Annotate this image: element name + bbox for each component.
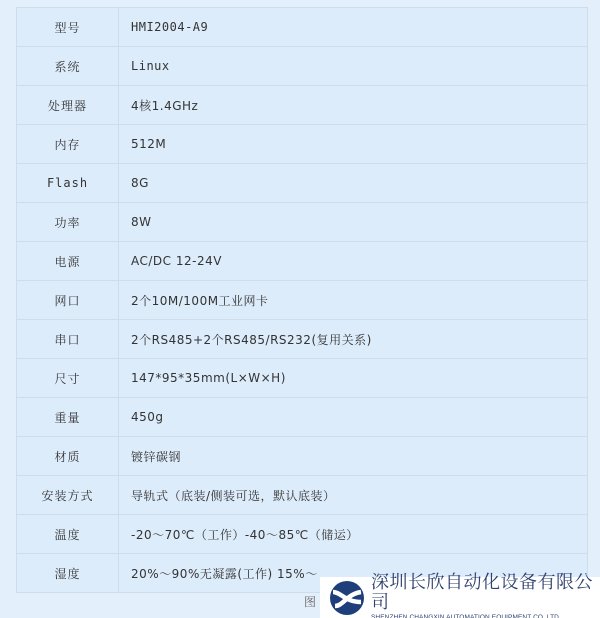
table-row: 尺寸 147*95*35mm(L×W×H)	[17, 359, 588, 398]
table-row: 串口 2个RS485+2个RS485/RS232(复用关系)	[17, 320, 588, 359]
row-label: 重量	[17, 398, 119, 437]
table-row: 功率 8W	[17, 203, 588, 242]
row-value: AC/DC 12-24V	[119, 242, 588, 281]
spec-table: 型号 HMI2004-A9 系统 Linux 处理器 4核1.4GHz 内存 5…	[16, 7, 588, 593]
company-name-en: SHENZHEN CHANGXIN AUTOMATION EQUIPMENT C…	[371, 613, 600, 618]
row-value: 8G	[119, 164, 588, 203]
company-watermark: 深圳长欣自动化设备有限公司 SHENZHEN CHANGXIN AUTOMATI…	[320, 577, 600, 618]
table-row: 重量 450g	[17, 398, 588, 437]
row-label: 温度	[17, 515, 119, 554]
row-value: HMI2004-A9	[119, 8, 588, 47]
table-row: 材质 镀锌碳钢	[17, 437, 588, 476]
row-value: 镀锌碳钢	[119, 437, 588, 476]
row-label: 安装方式	[17, 476, 119, 515]
row-label: 湿度	[17, 554, 119, 593]
row-label: 系统	[17, 47, 119, 86]
table-row: 温度 -20～70℃（工作）-40～85℃（储运）	[17, 515, 588, 554]
row-label: Flash	[17, 164, 119, 203]
row-value: -20～70℃（工作）-40～85℃（储运）	[119, 515, 588, 554]
row-value: 450g	[119, 398, 588, 437]
row-label: 网口	[17, 281, 119, 320]
row-label: 串口	[17, 320, 119, 359]
table-row: Flash 8G	[17, 164, 588, 203]
table-row: 安装方式 导轨式（底装/侧装可选，默认底装）	[17, 476, 588, 515]
row-value: 147*95*35mm(L×W×H)	[119, 359, 588, 398]
row-value: Linux	[119, 47, 588, 86]
table-row: 网口 2个10M/100M工业网卡	[17, 281, 588, 320]
row-label: 型号	[17, 8, 119, 47]
row-value: 4核1.4GHz	[119, 86, 588, 125]
row-label: 内存	[17, 125, 119, 164]
table-row: 电源 AC/DC 12-24V	[17, 242, 588, 281]
row-value: 512M	[119, 125, 588, 164]
spec-table-container: 型号 HMI2004-A9 系统 Linux 处理器 4核1.4GHz 内存 5…	[16, 7, 588, 593]
row-value: 8W	[119, 203, 588, 242]
row-label: 处理器	[17, 86, 119, 125]
table-row: 型号 HMI2004-A9	[17, 8, 588, 47]
table-row: 处理器 4核1.4GHz	[17, 86, 588, 125]
company-name-cn: 深圳长欣自动化设备有限公司	[371, 573, 600, 613]
row-label: 尺寸	[17, 359, 119, 398]
row-value: 2个RS485+2个RS485/RS232(复用关系)	[119, 320, 588, 359]
row-label: 电源	[17, 242, 119, 281]
table-row: 系统 Linux	[17, 47, 588, 86]
row-value: 2个10M/100M工业网卡	[119, 281, 588, 320]
changxin-logo-icon	[329, 580, 365, 616]
row-value: 导轨式（底装/侧装可选，默认底装）	[119, 476, 588, 515]
figure-caption: 图	[304, 593, 316, 610]
table-row: 内存 512M	[17, 125, 588, 164]
row-label: 功率	[17, 203, 119, 242]
row-label: 材质	[17, 437, 119, 476]
